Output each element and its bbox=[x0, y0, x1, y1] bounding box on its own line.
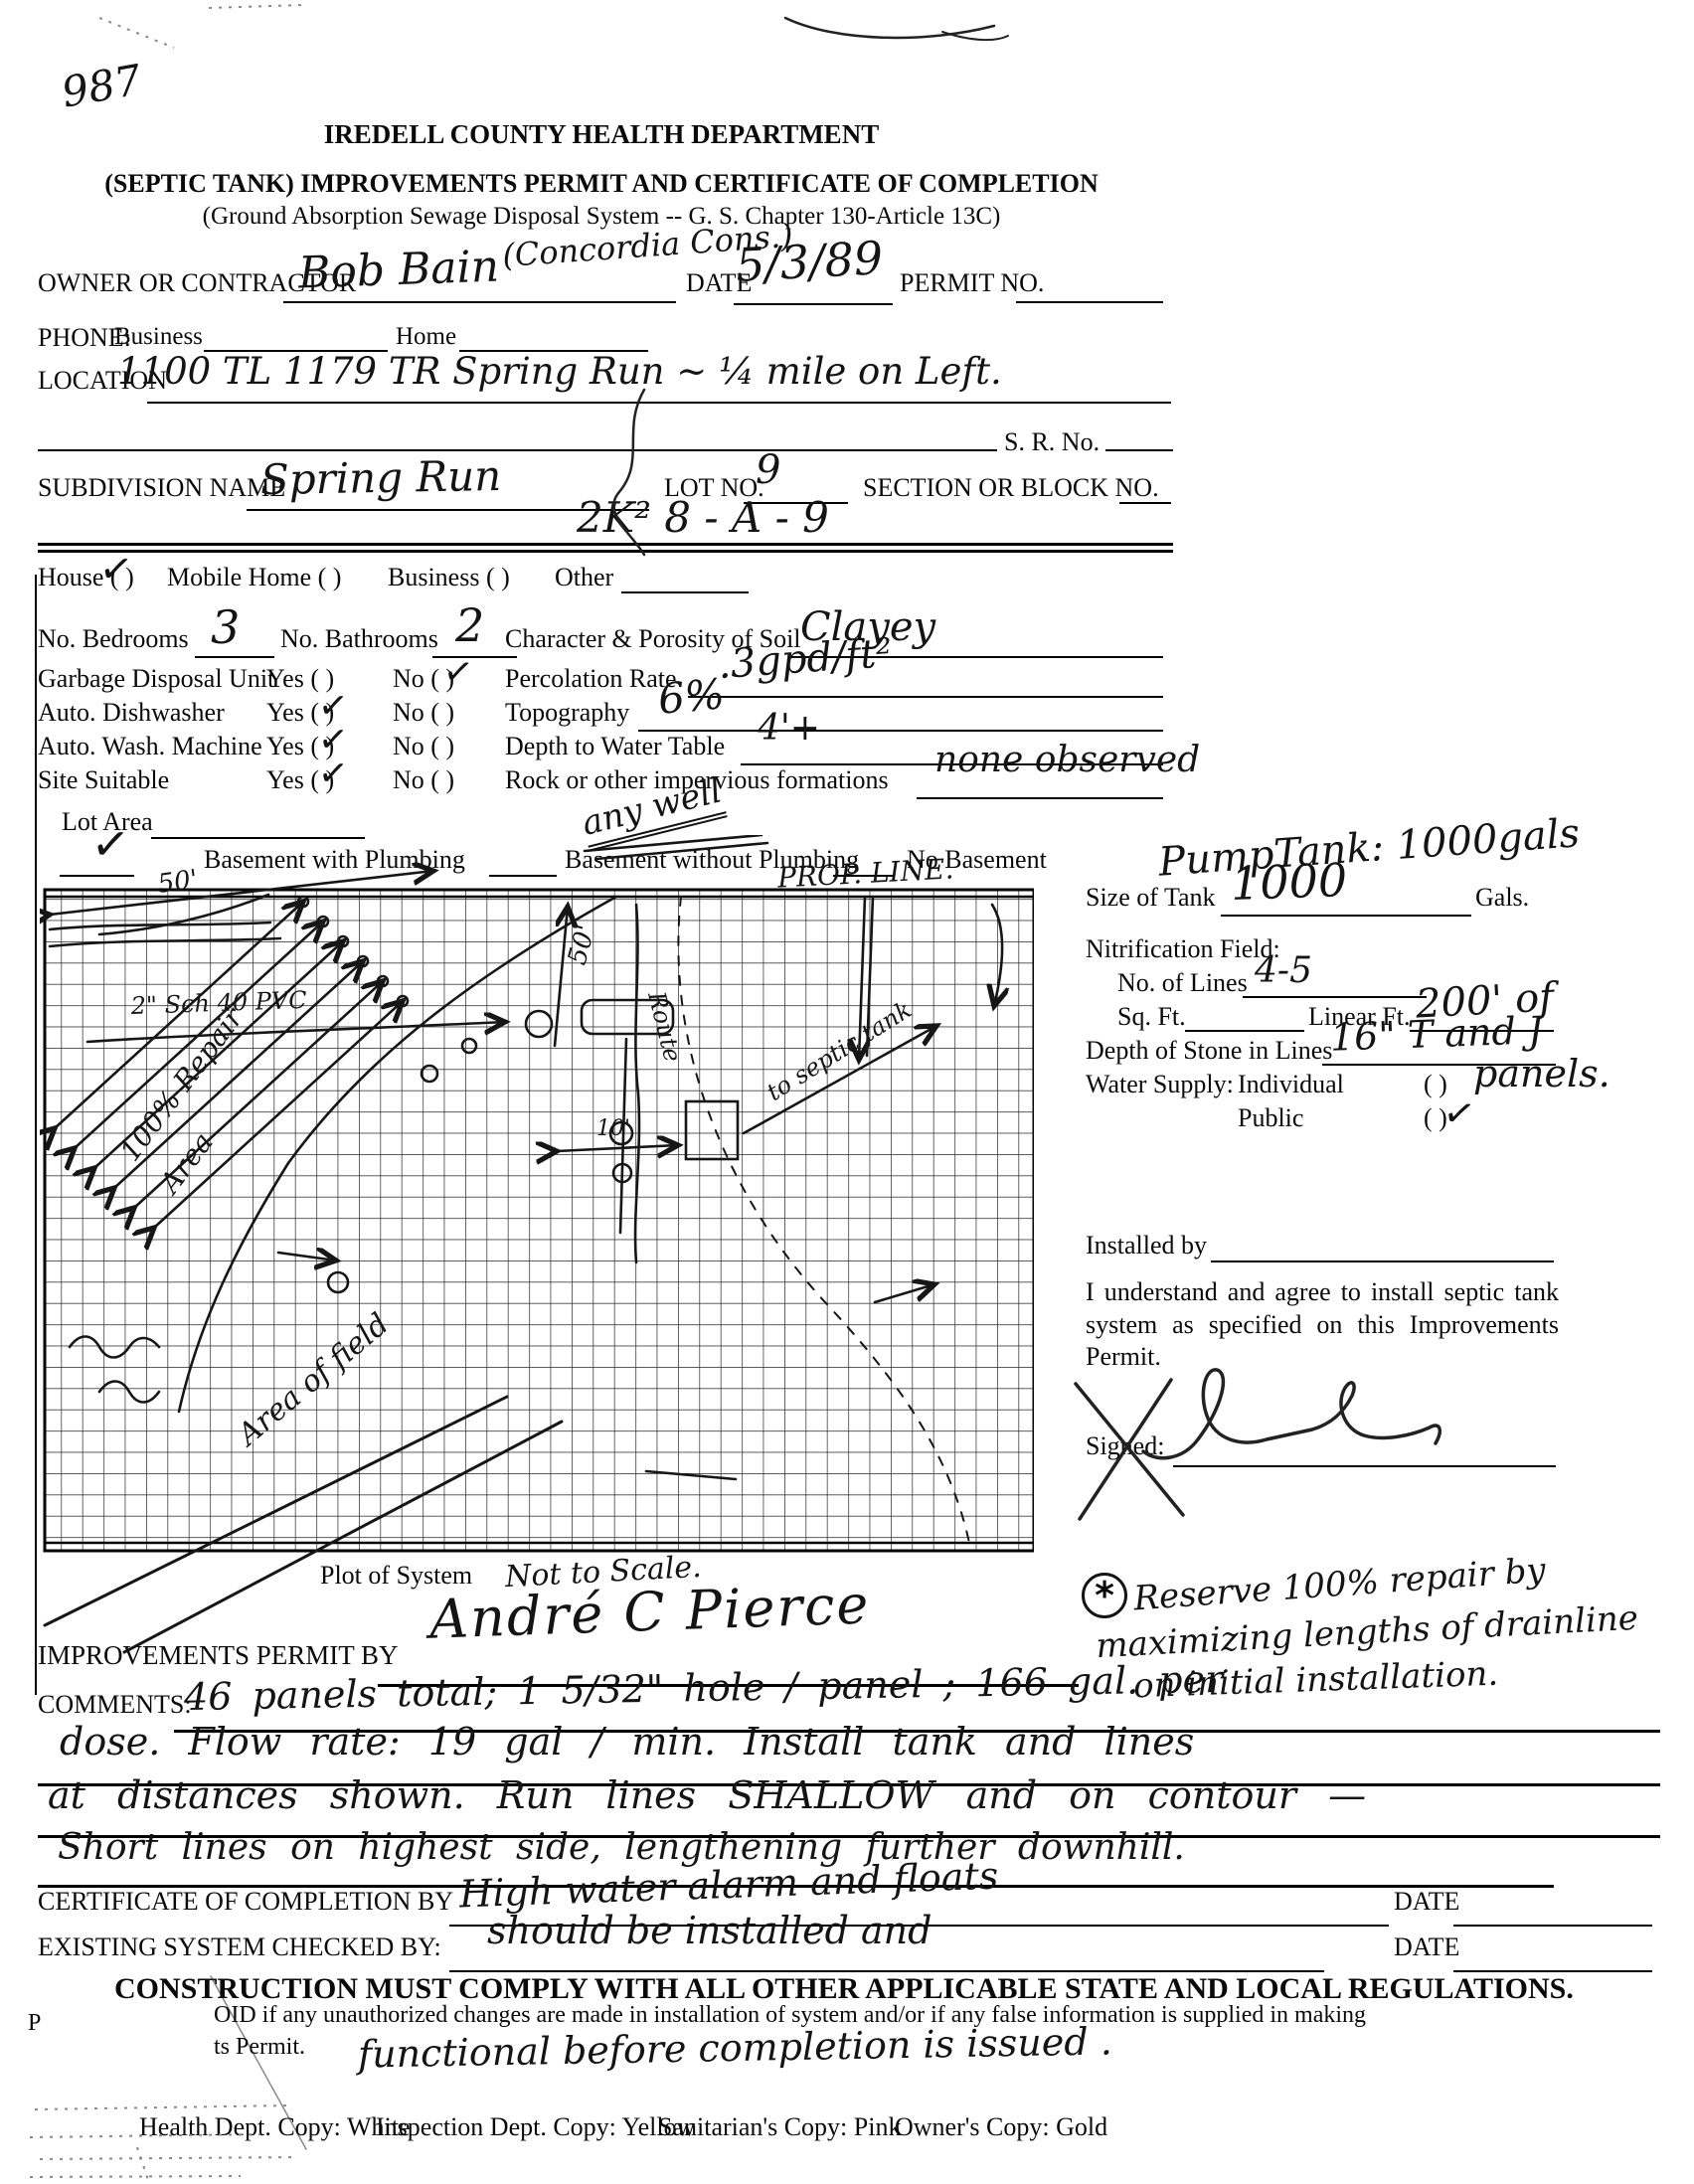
sqft-line bbox=[1185, 1030, 1304, 1032]
stone-depth-label: Depth of Stone in Lines bbox=[1086, 1036, 1332, 1066]
facility-no: No ( ) bbox=[393, 732, 454, 761]
water-supply-label: Water Supply: bbox=[1086, 1070, 1234, 1099]
signed-label: Signed: bbox=[1086, 1431, 1164, 1461]
rule bbox=[38, 550, 1173, 553]
scan-mark bbox=[942, 32, 1008, 40]
existing-system-value-handwritten: should be installed and bbox=[487, 1909, 932, 1952]
owner-line bbox=[283, 301, 676, 303]
soil-label: Depth to Water Table bbox=[505, 732, 725, 761]
facility-label: Garbage Disposal Unit bbox=[38, 664, 274, 694]
soil-value-handwritten: none observed bbox=[934, 740, 1200, 780]
bathrooms-value-handwritten: 2 bbox=[455, 598, 484, 652]
no-of-lines-line bbox=[1243, 996, 1427, 998]
soil-line bbox=[688, 696, 1163, 698]
installed-by-label: Installed by bbox=[1086, 1231, 1207, 1260]
signed-line bbox=[1173, 1465, 1556, 1467]
existing-date-label: DATE bbox=[1394, 1932, 1459, 1962]
subdivision-label: SUBDIVISION NAME bbox=[38, 473, 285, 503]
mobile-home-label: Mobile Home ( ) bbox=[167, 563, 341, 592]
other-label: Other bbox=[555, 563, 613, 592]
footer-copy-item: Owner's Copy: Gold bbox=[895, 2112, 1107, 2142]
pump-tank-note-handwritten: PumpTank: 1000gals bbox=[1157, 810, 1582, 885]
bedrooms-line bbox=[195, 656, 274, 658]
public-label: Public bbox=[1238, 1103, 1303, 1133]
bathrooms-label: No. Bathrooms bbox=[280, 624, 438, 654]
void-note-prefix: P bbox=[28, 2010, 41, 2037]
soil-label: Topography bbox=[505, 698, 629, 728]
scanned-septic-permit-form: 987 IREDELL COUNTY HEALTH DEPARTMENT (SE… bbox=[0, 0, 1694, 2184]
certificate-completion-label: CERTIFICATE OF COMPLETION BY bbox=[38, 1887, 453, 1917]
certificate-date-line bbox=[1453, 1925, 1652, 1927]
subdivision-value-handwritten: Spring Run bbox=[260, 451, 502, 504]
grid-paper bbox=[45, 890, 1034, 1551]
soil-value-handwritten: 4'+ bbox=[758, 708, 820, 749]
soil-line bbox=[917, 797, 1163, 799]
no-of-lines-label: No. of Lines bbox=[1117, 968, 1248, 998]
section-block-label: SECTION OR BLOCK NO. bbox=[863, 473, 1159, 503]
nitrification-label: Nitrification Field: bbox=[1086, 934, 1280, 964]
sr-no-line bbox=[1105, 449, 1173, 451]
section-block-line bbox=[1119, 502, 1171, 504]
form-subtitle-2: (Ground Absorption Sewage Disposal Syste… bbox=[0, 203, 1203, 231]
installer-signature-scrawl bbox=[1143, 1370, 1440, 1458]
location-value-handwritten: 1100 TL 1179 TR Spring Run ~ ¼ mile on L… bbox=[117, 350, 1002, 393]
sqft-label: Sq. Ft. bbox=[1117, 1002, 1186, 1032]
scan-mark bbox=[785, 18, 994, 38]
lot-no-value-handwritten: 9 bbox=[756, 447, 780, 493]
dimension-10ft-label: 10' bbox=[596, 1116, 630, 1141]
permit-no-line bbox=[1016, 301, 1163, 303]
phone-business-label: Business bbox=[114, 323, 203, 351]
sr-no-label: S. R. No. bbox=[1004, 427, 1100, 457]
existing-system-label: EXISTING SYSTEM CHECKED BY: bbox=[38, 1932, 441, 1962]
asterisk-mark: * bbox=[1082, 1573, 1127, 1618]
comments-line-handwritten: at distances shown. Run lines SHALLOW an… bbox=[48, 1773, 1366, 1817]
owner-value-handwritten: Bob Bain bbox=[297, 241, 500, 298]
parcel-code-handwritten: 2K² 8 - A - 9 bbox=[577, 493, 829, 542]
bedrooms-value-handwritten: 3 bbox=[211, 600, 240, 654]
facility-no: No ( ) bbox=[393, 698, 454, 728]
compliance-statement: CONSTRUCTION MUST COMPLY WITH ALL OTHER … bbox=[114, 1972, 1574, 2006]
footer-copy-item: Sanitarian's Copy: Pink bbox=[658, 2112, 901, 2142]
no-of-lines-value-handwritten: 4-5 bbox=[1255, 950, 1312, 991]
panels-note-handwritten: panels. bbox=[1473, 1052, 1610, 1095]
footer-copy-item: Inspection Dept. Copy: Yellow bbox=[376, 2112, 695, 2142]
facility-label: Auto. Wash. Machine bbox=[38, 732, 262, 761]
installed-by-line bbox=[1211, 1260, 1554, 1262]
soil-value-handwritten: 6% bbox=[656, 669, 727, 724]
comments-line-handwritten: Short lines on highest side, lengthening… bbox=[58, 1827, 1185, 1868]
gals-label: Gals. bbox=[1475, 883, 1529, 913]
page-number-handwritten: 987 bbox=[58, 55, 144, 116]
comments-label: COMMENTS: bbox=[38, 1690, 192, 1720]
house-checkmark: ✓ bbox=[96, 545, 136, 594]
facility-label: Auto. Dishwasher bbox=[38, 698, 225, 728]
comments-line-handwritten: dose. Flow rate: 19 gal / min. Install t… bbox=[60, 1720, 1194, 1764]
certificate-date-label: DATE bbox=[1394, 1887, 1459, 1917]
dimension-50ft-label: 50' bbox=[156, 865, 200, 900]
soil-label: Percolation Rate bbox=[505, 664, 677, 694]
void-note-text-2: ts Permit. bbox=[214, 2034, 305, 2061]
rule bbox=[38, 543, 1173, 546]
form-title: IREDELL COUNTY HEALTH DEPARTMENT bbox=[0, 119, 1203, 150]
basement-with-checkmark: ✓ bbox=[88, 815, 132, 873]
facility-no-check: ✓ bbox=[440, 650, 476, 695]
form-subtitle: (SEPTIC TANK) IMPROVEMENTS PERMIT AND CE… bbox=[0, 169, 1203, 199]
phone-home-label: Home bbox=[396, 323, 456, 351]
individual-label: Individual bbox=[1238, 1070, 1344, 1099]
facility-label: Site Suitable bbox=[38, 765, 169, 795]
tank-size-label: Size of Tank bbox=[1086, 883, 1216, 913]
plot-of-system-sketch: 50' 50' 10' Route 2" Sch 40 PVC to septi… bbox=[40, 835, 1034, 1660]
tank-size-line bbox=[1221, 915, 1471, 917]
installer-agreement-text: I understand and agree to install septic… bbox=[1086, 1276, 1559, 1374]
other-line bbox=[621, 591, 749, 593]
individual-paren: ( ) bbox=[1424, 1070, 1447, 1099]
left-margin-rule bbox=[35, 575, 37, 1695]
date-line bbox=[734, 303, 893, 305]
facility-no: No ( ) bbox=[393, 765, 454, 795]
permit-no-label: PERMIT NO. bbox=[900, 268, 1044, 298]
business-label: Business ( ) bbox=[388, 563, 510, 592]
location-line-2 bbox=[38, 449, 997, 451]
footer-copy-item: Health Dept. Copy: White bbox=[139, 2112, 410, 2142]
facility-yes-check: ✓ bbox=[316, 753, 350, 796]
location-line bbox=[147, 402, 1171, 404]
public-checkmark: ✓ bbox=[1440, 1090, 1478, 1138]
bedrooms-label: No. Bedrooms bbox=[38, 624, 189, 654]
